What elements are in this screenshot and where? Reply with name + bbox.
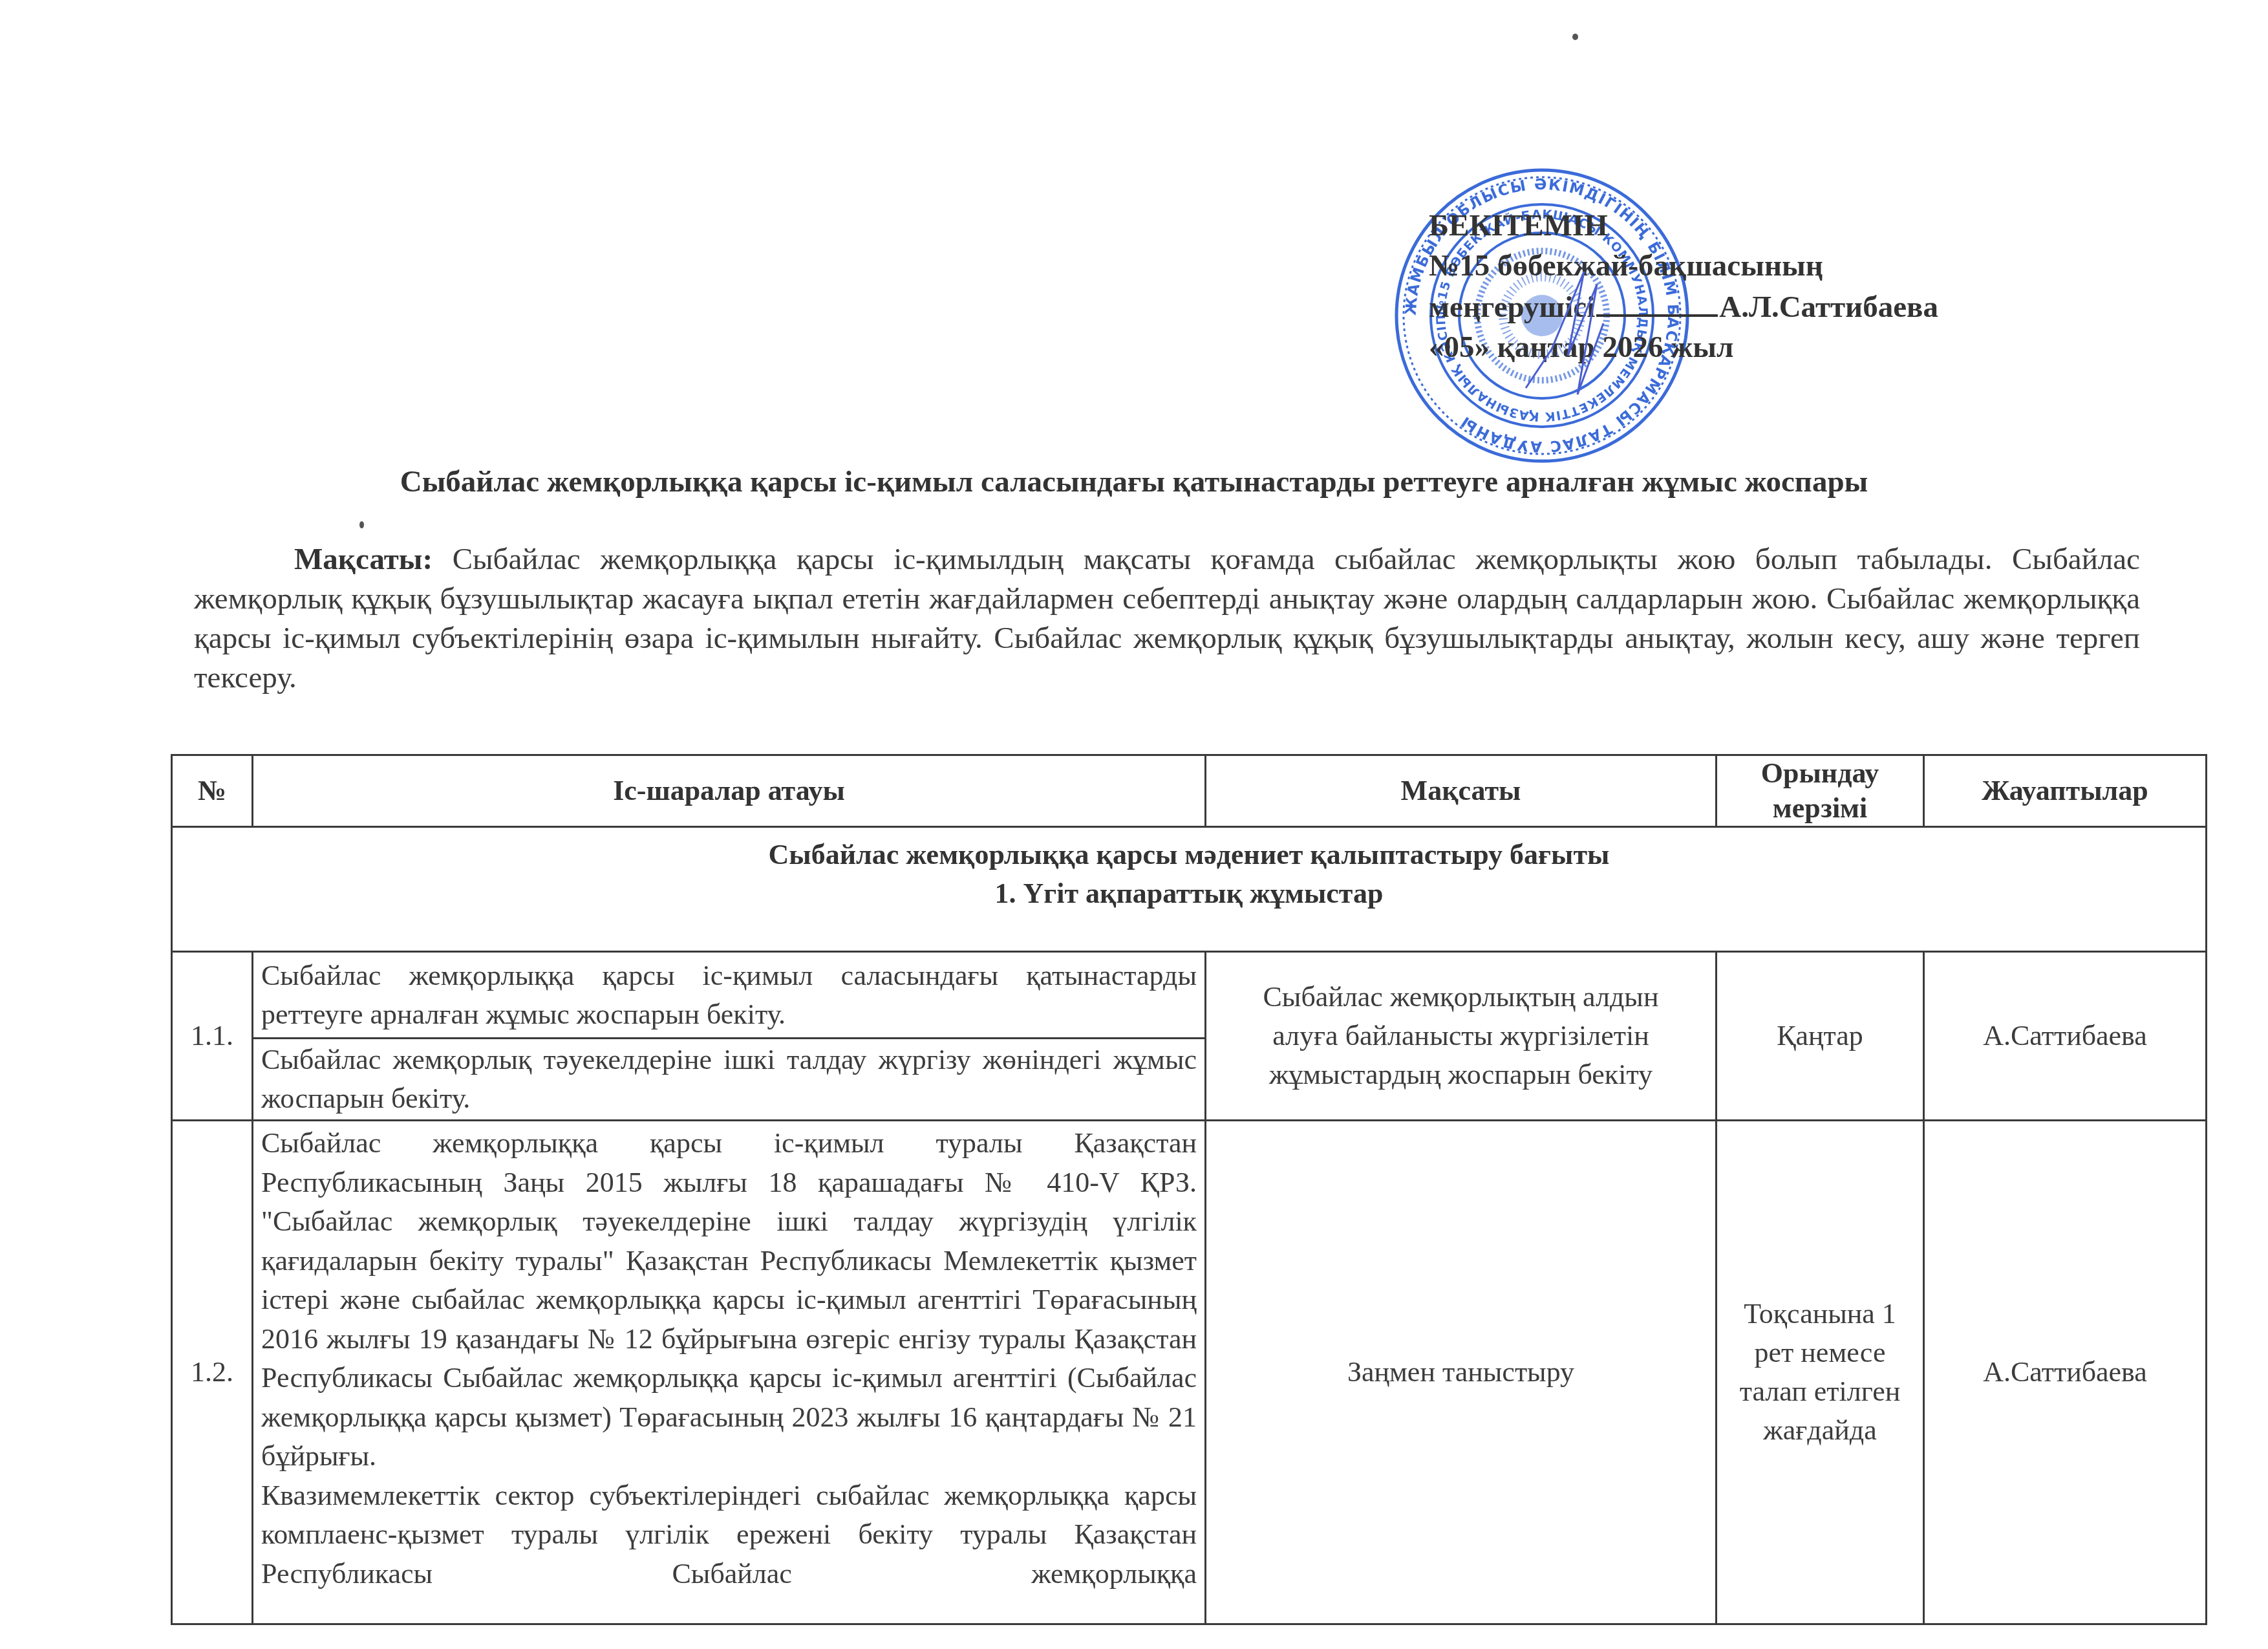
- scan-speck: [1572, 34, 1578, 40]
- row-responsible: А.Саттибаева: [1924, 952, 2207, 1121]
- approval-organization: №15 бөбекжай-бақшасының: [1429, 246, 1938, 286]
- row-deadline: Тоқсанына 1 рет немесе талап етілген жағ…: [1717, 1121, 1924, 1624]
- row-number: 1.2.: [172, 1121, 253, 1624]
- row-activity-continued: Квазимемлекеттік сектор субъектілеріндег…: [261, 1476, 1197, 1594]
- row-activity: Сыбайлас жемқорлыққа қарсы іс-қимыл сала…: [253, 952, 1206, 1039]
- row-goal: Сыбайлас жемқорлықтың алдын алуға байлан…: [1206, 952, 1717, 1121]
- section-row: Сыбайлас жемқорлыққа қарсы мәдениет қалы…: [172, 827, 2207, 952]
- approval-signature-line: меңгерушісіА.Л.Саттибаева: [1429, 286, 1938, 327]
- row-activity: Сыбайлас жемқорлыққа қарсы іс-қимыл тура…: [253, 1121, 1206, 1624]
- approval-date: «05» қаңтар 2026 жыл: [1429, 327, 1938, 367]
- goal-label: Мақсаты:: [294, 543, 433, 576]
- header-responsible: Жауаптылар: [1924, 755, 2207, 827]
- header-number: №: [172, 755, 253, 827]
- signature: [1506, 246, 1623, 407]
- section-subtitle: 1. Үгіт ақпараттық жұмыстар: [180, 874, 2198, 913]
- goal-paragraph: Мақсаты: Сыбайлас жемқорлыққа қарсы іс-қ…: [194, 540, 2140, 698]
- goal-text: Сыбайлас жемқорлыққа қарсы іс-қимылдың м…: [194, 543, 2140, 695]
- row-activity-text: Сыбайлас жемқорлыққа қарсы іс-қимыл тура…: [261, 1124, 1197, 1476]
- work-plan-table: № Іс-шаралар атауы Мақсаты Орындау мерзі…: [171, 754, 2207, 1625]
- section-heading: Сыбайлас жемқорлыққа қарсы мәдениет қалы…: [172, 827, 2207, 952]
- table-row: 1.2. Сыбайлас жемқорлыққа қарсы іс-қимыл…: [172, 1121, 2207, 1624]
- approval-block: БЕКІТЕМІН №15 бөбекжай-бақшасының меңгер…: [1429, 206, 1938, 367]
- table-row: 1.1. Сыбайлас жемқорлыққа қарсы іс-қимыл…: [172, 952, 2207, 1039]
- scan-speck: [359, 521, 364, 528]
- header-goal: Мақсаты: [1206, 755, 1717, 827]
- approval-heading: БЕКІТЕМІН: [1429, 206, 1938, 246]
- table-header-row: № Іс-шаралар атауы Мақсаты Орындау мерзі…: [172, 755, 2207, 827]
- header-activity: Іс-шаралар атауы: [253, 755, 1206, 827]
- row-deadline: Қаңтар: [1717, 952, 1924, 1121]
- row-number: 1.1.: [172, 952, 253, 1121]
- section-title: Сыбайлас жемқорлыққа қарсы мәдениет қалы…: [180, 835, 2198, 874]
- row-goal: Заңмен таныстыру: [1206, 1121, 1717, 1624]
- approval-signatory: А.Л.Саттибаева: [1719, 290, 1938, 324]
- row-responsible: А.Саттибаева: [1924, 1121, 2207, 1624]
- document-title: Сыбайлас жемқорлыққа қарсы іс-қимыл сала…: [0, 464, 2268, 499]
- header-deadline: Орындау мерзімі: [1717, 755, 1924, 827]
- row-activity: Сыбайлас жемқорлық тәуекелдеріне ішкі та…: [253, 1039, 1206, 1121]
